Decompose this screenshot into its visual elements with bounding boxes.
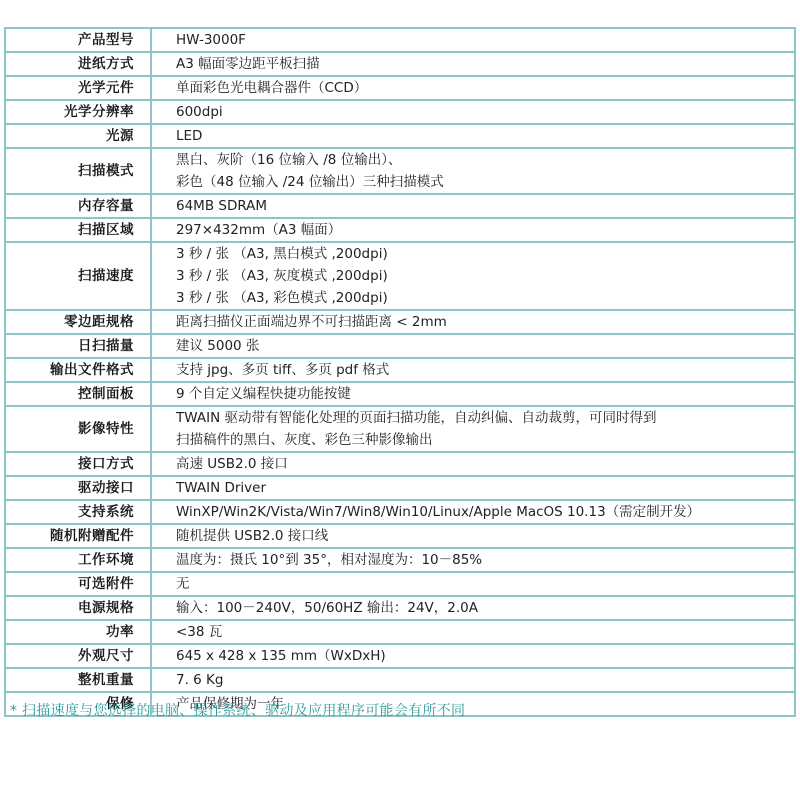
spec-label: 进纸方式: [5, 52, 151, 76]
spec-value-line: 输入：100－240V，50/60HZ 输出：24V，2.0A: [176, 597, 794, 619]
spec-label: 扫描区域: [5, 218, 151, 242]
table-row: 支持系统WinXP/Win2K/Vista/Win7/Win8/Win10/Li…: [5, 500, 795, 524]
spec-value: 无: [151, 572, 795, 596]
spec-value-line: 645 x 428 x 135 mm（WxDxH): [176, 645, 794, 667]
spec-label: 支持系统: [5, 500, 151, 524]
spec-value-line: 温度为：摄氏 10°到 35°，相对湿度为：10－85%: [176, 549, 794, 571]
spec-value: 温度为：摄氏 10°到 35°，相对湿度为：10－85%: [151, 548, 795, 572]
spec-value: HW-3000F: [151, 28, 795, 52]
spec-value: 64MB SDRAM: [151, 194, 795, 218]
spec-label: 外观尺寸: [5, 644, 151, 668]
spec-value-line: 64MB SDRAM: [176, 195, 794, 217]
spec-value-line: 彩色（48 位输入 /24 位输出）三种扫描模式: [176, 171, 794, 193]
spec-value-line: <38 瓦: [176, 621, 794, 643]
spec-label: 日扫描量: [5, 334, 151, 358]
spec-value-line: 扫描稿件的黑白、灰度、彩色三种影像输出: [176, 429, 794, 451]
spec-table-body: 产品型号HW-3000F进纸方式A3 幅面零边距平板扫描光学元件单面彩色光电耦合…: [5, 28, 795, 716]
spec-value-line: 3 秒 / 张 （A3, 灰度模式 ,200dpi): [176, 265, 794, 287]
spec-value: 高速 USB2.0 接口: [151, 452, 795, 476]
spec-value: 645 x 428 x 135 mm（WxDxH): [151, 644, 795, 668]
spec-value: TWAIN 驱动带有智能化处理的页面扫描功能，自动纠偏、自动裁剪，可同时得到扫描…: [151, 406, 795, 452]
spec-value: TWAIN Driver: [151, 476, 795, 500]
table-row: 产品型号HW-3000F: [5, 28, 795, 52]
table-row: 日扫描量建议 5000 张: [5, 334, 795, 358]
table-row: 电源规格输入：100－240V，50/60HZ 输出：24V，2.0A: [5, 596, 795, 620]
spec-label: 光源: [5, 124, 151, 148]
spec-value: 黑白、灰阶（16 位输入 /8 位输出）、彩色（48 位输入 /24 位输出）三…: [151, 148, 795, 194]
table-row: 零边距规格距离扫描仪正面端边界不可扫描距离 < 2mm: [5, 310, 795, 334]
spec-value-line: 单面彩色光电耦合器件（CCD）: [176, 77, 794, 99]
spec-value: 3 秒 / 张 （A3, 黑白模式 ,200dpi)3 秒 / 张 （A3, 灰…: [151, 242, 795, 310]
table-row: 影像特性TWAIN 驱动带有智能化处理的页面扫描功能，自动纠偏、自动裁剪，可同时…: [5, 406, 795, 452]
spec-value: 单面彩色光电耦合器件（CCD）: [151, 76, 795, 100]
table-row: 光学元件单面彩色光电耦合器件（CCD）: [5, 76, 795, 100]
spec-value-line: 7. 6 Kg: [176, 669, 794, 691]
spec-value: 输入：100－240V，50/60HZ 输出：24V，2.0A: [151, 596, 795, 620]
spec-value-line: 600dpi: [176, 101, 794, 123]
table-row: 整机重量7. 6 Kg: [5, 668, 795, 692]
spec-value: LED: [151, 124, 795, 148]
footnote: * 扫描速度与您选择的电脑、操作系统、驱动及应用程序可能会有所不同: [10, 700, 465, 720]
spec-label: 光学元件: [5, 76, 151, 100]
spec-value: 支持 jpg、多页 tiff、多页 pdf 格式: [151, 358, 795, 382]
spec-value-line: LED: [176, 125, 794, 147]
table-row: 驱动接口TWAIN Driver: [5, 476, 795, 500]
table-row: 外观尺寸645 x 428 x 135 mm（WxDxH): [5, 644, 795, 668]
spec-value: 随机提供 USB2.0 接口线: [151, 524, 795, 548]
table-row: 接口方式高速 USB2.0 接口: [5, 452, 795, 476]
spec-value: 7. 6 Kg: [151, 668, 795, 692]
spec-value-line: 297×432mm（A3 幅面）: [176, 219, 794, 241]
spec-value: 距离扫描仪正面端边界不可扫描距离 < 2mm: [151, 310, 795, 334]
table-row: 工作环境温度为：摄氏 10°到 35°，相对湿度为：10－85%: [5, 548, 795, 572]
spec-value: 建议 5000 张: [151, 334, 795, 358]
spec-value-line: 3 秒 / 张 （A3, 彩色模式 ,200dpi): [176, 287, 794, 309]
spec-value-line: 无: [176, 573, 794, 595]
spec-value-line: 随机提供 USB2.0 接口线: [176, 525, 794, 547]
spec-label: 内存容量: [5, 194, 151, 218]
spec-value-line: 距离扫描仪正面端边界不可扫描距离 < 2mm: [176, 311, 794, 333]
spec-label: 功率: [5, 620, 151, 644]
spec-label: 输出文件格式: [5, 358, 151, 382]
spec-value: <38 瓦: [151, 620, 795, 644]
spec-value-line: 3 秒 / 张 （A3, 黑白模式 ,200dpi): [176, 243, 794, 265]
spec-value-line: A3 幅面零边距平板扫描: [176, 53, 794, 75]
spec-label: 接口方式: [5, 452, 151, 476]
spec-value-line: 建议 5000 张: [176, 335, 794, 357]
table-row: 光学分辨率600dpi: [5, 100, 795, 124]
table-row: 随机附赠配件随机提供 USB2.0 接口线: [5, 524, 795, 548]
spec-value: 297×432mm（A3 幅面）: [151, 218, 795, 242]
table-row: 进纸方式A3 幅面零边距平板扫描: [5, 52, 795, 76]
spec-label: 驱动接口: [5, 476, 151, 500]
spec-label: 产品型号: [5, 28, 151, 52]
spec-value-line: 黑白、灰阶（16 位输入 /8 位输出）、: [176, 149, 794, 171]
table-row: 输出文件格式支持 jpg、多页 tiff、多页 pdf 格式: [5, 358, 795, 382]
table-row: 可选附件无: [5, 572, 795, 596]
spec-label: 扫描模式: [5, 148, 151, 194]
spec-label: 控制面板: [5, 382, 151, 406]
table-row: 光源LED: [5, 124, 795, 148]
table-row: 扫描模式黑白、灰阶（16 位输入 /8 位输出）、彩色（48 位输入 /24 位…: [5, 148, 795, 194]
spec-label: 光学分辨率: [5, 100, 151, 124]
spec-value-line: HW-3000F: [176, 29, 794, 51]
table-row: 控制面板9 个自定义编程快捷功能按键: [5, 382, 795, 406]
spec-value-line: TWAIN 驱动带有智能化处理的页面扫描功能，自动纠偏、自动裁剪，可同时得到: [176, 407, 794, 429]
spec-value-line: 9 个自定义编程快捷功能按键: [176, 383, 794, 405]
spec-label: 扫描速度: [5, 242, 151, 310]
spec-value: WinXP/Win2K/Vista/Win7/Win8/Win10/Linux/…: [151, 500, 795, 524]
table-row: 扫描速度3 秒 / 张 （A3, 黑白模式 ,200dpi)3 秒 / 张 （A…: [5, 242, 795, 310]
spec-label: 电源规格: [5, 596, 151, 620]
spec-value-line: TWAIN Driver: [176, 477, 794, 499]
spec-value: 600dpi: [151, 100, 795, 124]
spec-table: 产品型号HW-3000F进纸方式A3 幅面零边距平板扫描光学元件单面彩色光电耦合…: [4, 27, 796, 717]
spec-label: 工作环境: [5, 548, 151, 572]
spec-label: 整机重量: [5, 668, 151, 692]
spec-value-line: 支持 jpg、多页 tiff、多页 pdf 格式: [176, 359, 794, 381]
spec-label: 随机附赠配件: [5, 524, 151, 548]
spec-label: 可选附件: [5, 572, 151, 596]
spec-label: 影像特性: [5, 406, 151, 452]
table-row: 内存容量64MB SDRAM: [5, 194, 795, 218]
spec-value: A3 幅面零边距平板扫描: [151, 52, 795, 76]
spec-value: 9 个自定义编程快捷功能按键: [151, 382, 795, 406]
table-row: 扫描区域297×432mm（A3 幅面）: [5, 218, 795, 242]
spec-value-line: 高速 USB2.0 接口: [176, 453, 794, 475]
spec-label: 零边距规格: [5, 310, 151, 334]
spec-value-line: WinXP/Win2K/Vista/Win7/Win8/Win10/Linux/…: [176, 501, 794, 523]
table-row: 功率<38 瓦: [5, 620, 795, 644]
